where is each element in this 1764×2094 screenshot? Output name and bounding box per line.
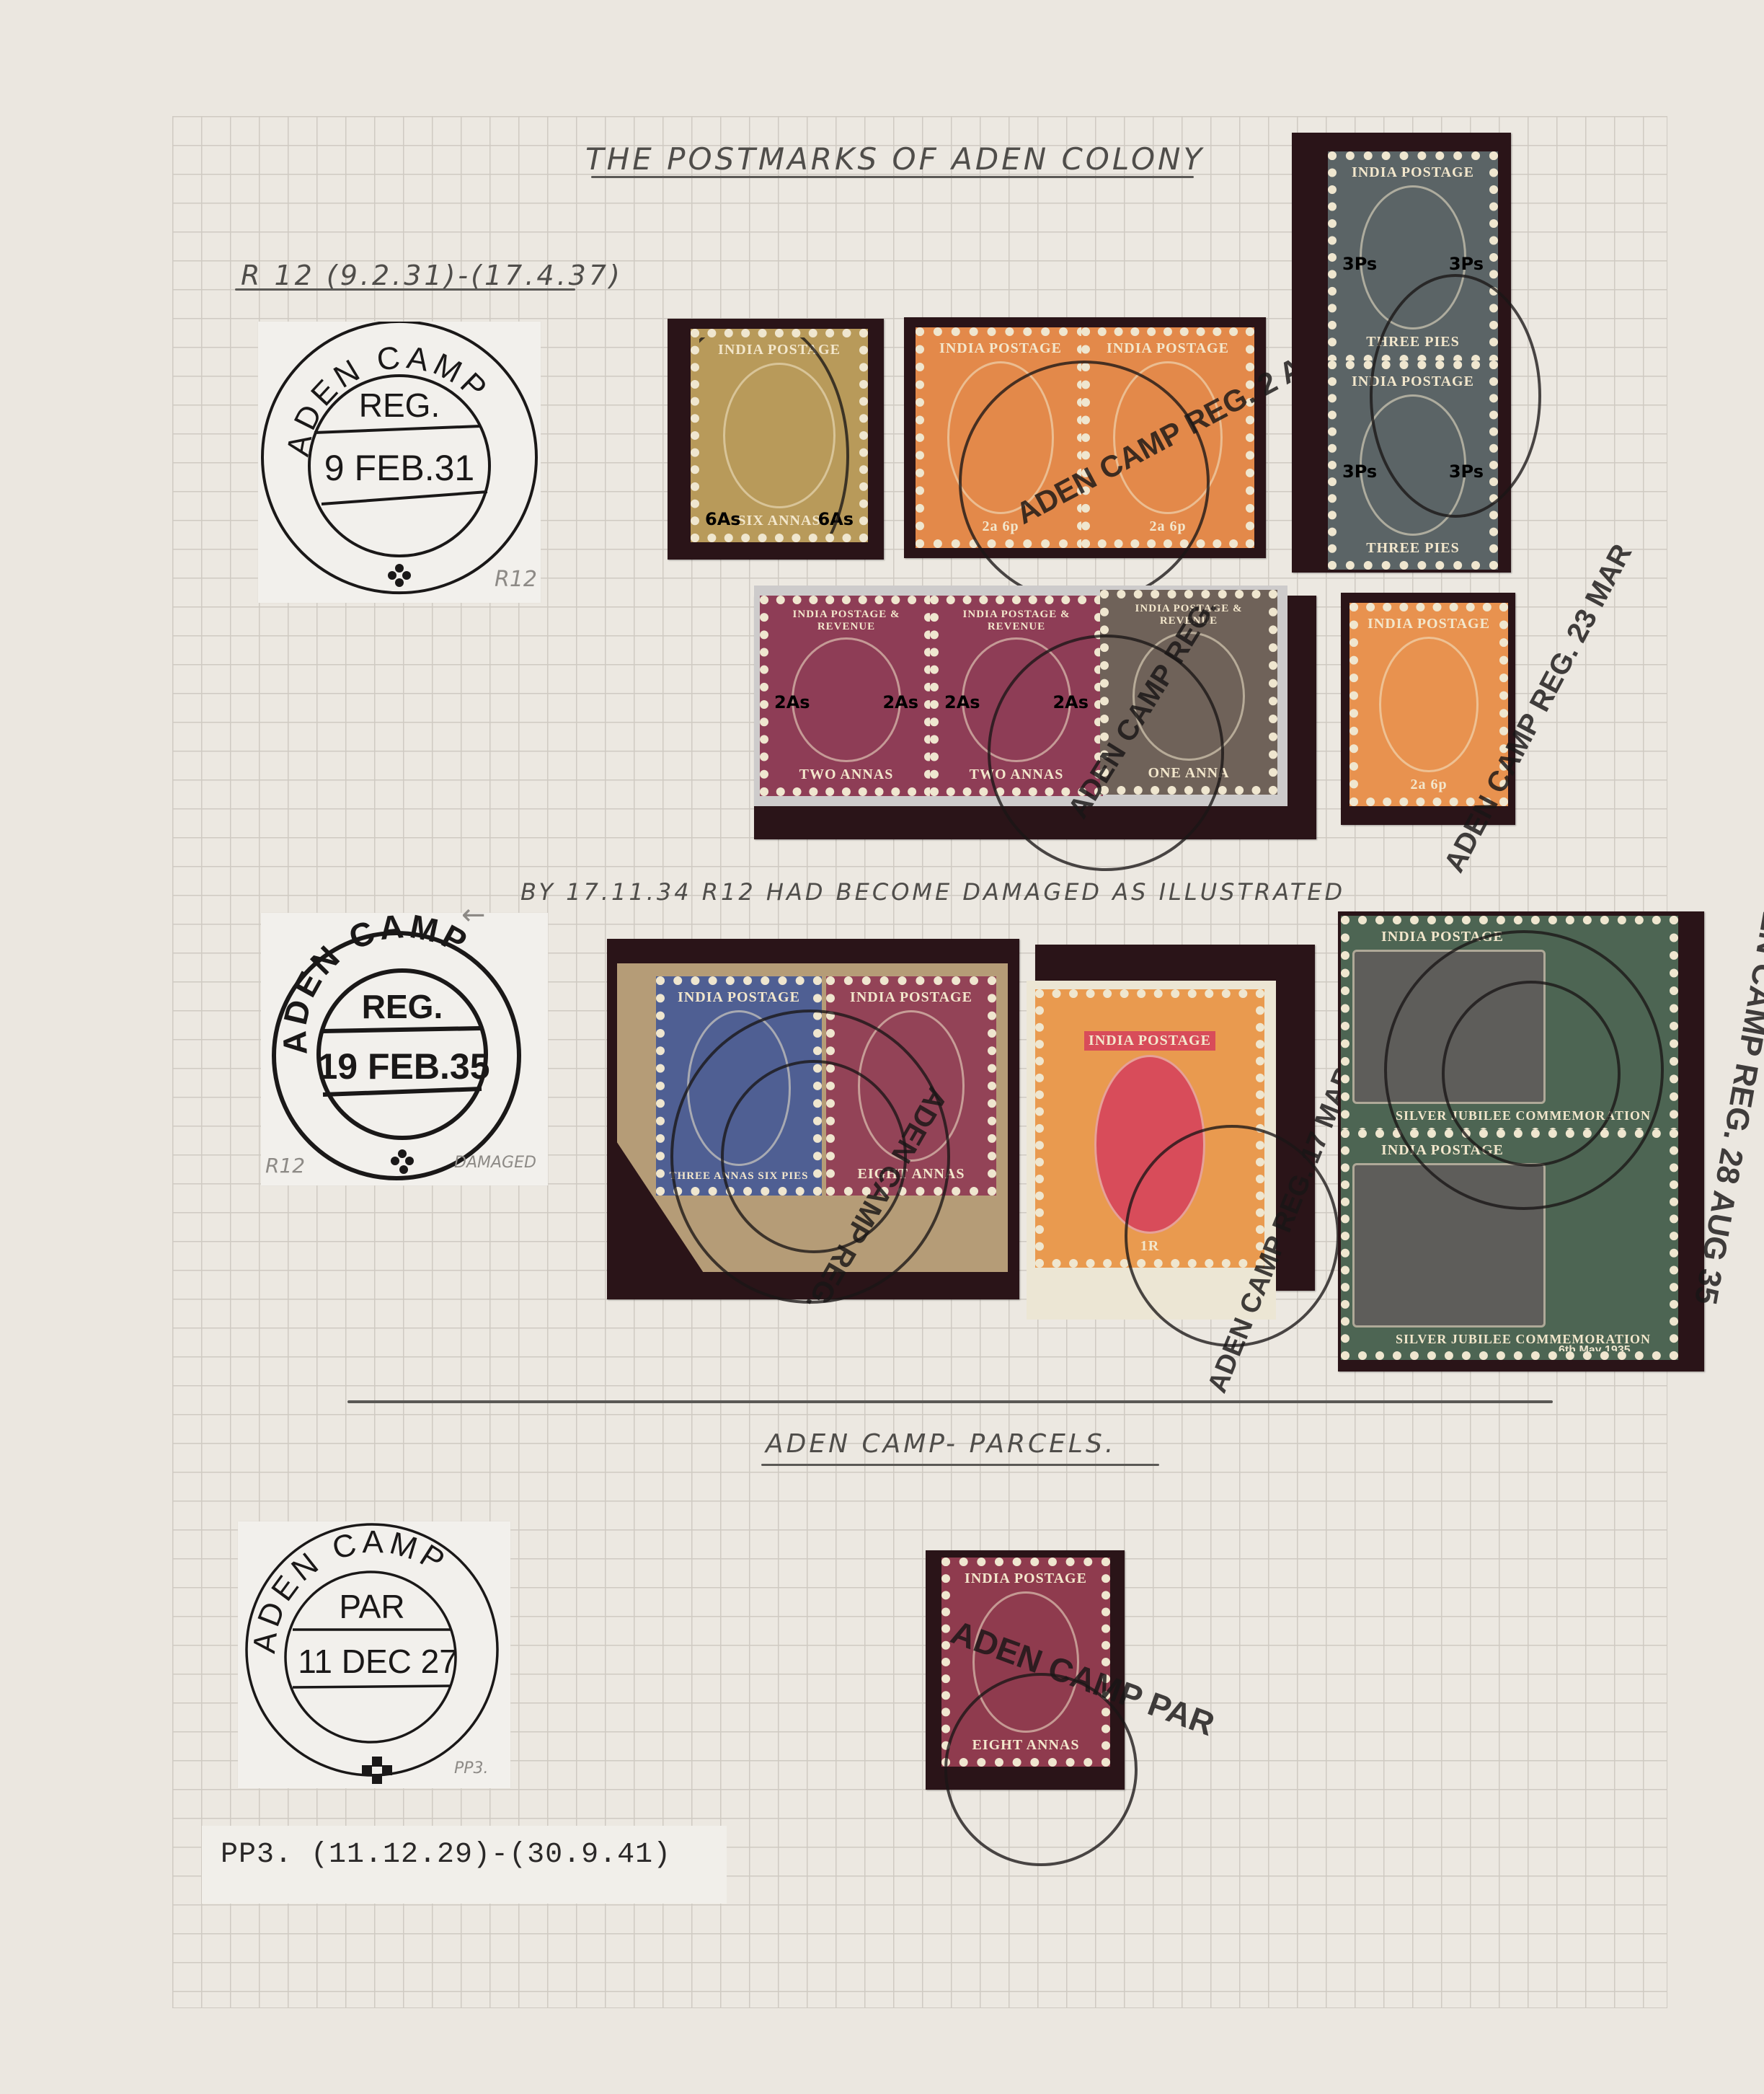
stamp-silver-jubilee-bottom: INDIA POSTAGESILVER JUBILEE COMMEMORATIO… xyxy=(1341,1129,1678,1360)
section-heading-underline xyxy=(235,288,575,291)
title-underline xyxy=(591,176,1194,178)
stamp-two-annas-1: INDIA POSTAGE & REVENUETWO ANNAS 2As2As xyxy=(760,596,933,796)
arrow-left-icon: ← xyxy=(461,898,486,932)
stamp-two-annas-2: INDIA POSTAGE & REVENUETWO ANNAS 2As2As xyxy=(930,596,1103,796)
stamp-eight-annas-parcel: INDIA POSTAGEEIGHT ANNAS xyxy=(941,1558,1110,1767)
stamp-two-annas-six-pies-right: INDIA POSTAGE2a 6p xyxy=(1081,327,1254,548)
stamp-three-annas-six-pies: INDIA POSTAGETHREE ANNAS SIX PIES xyxy=(656,976,822,1196)
clover-ornament-icon xyxy=(362,1757,392,1784)
postmark-illustration-r12: ADEN CAMP REG. 9 FEB.31 R12 xyxy=(258,322,541,603)
stamp-three-pies-bottom: INDIA POSTAGETHREE PIES 3Ps3Ps xyxy=(1328,361,1498,570)
postmark-date-line: 11 DEC 27 xyxy=(298,1643,458,1680)
page-title: THE POSTMARKS OF ADEN COLONY xyxy=(585,141,1205,177)
pencil-note-damaged: DAMAGED xyxy=(454,1154,536,1172)
typed-label: PP3. (11.12.29)-(30.9.41) xyxy=(221,1839,671,1871)
postmark-illustration-pp3: ADEN CAMP PAR 11 DEC 27 PP3. xyxy=(238,1521,510,1788)
section-heading-underline xyxy=(761,1464,1159,1466)
stamp-eight-annas: INDIA POSTAGEEIGHT ANNAS xyxy=(826,976,996,1196)
stamp-two-annas-six-pies-left: INDIA POSTAGE2a 6p xyxy=(916,327,1086,548)
section-divider xyxy=(347,1400,1553,1403)
postmark-type-line: REG. xyxy=(362,988,443,1025)
clover-ornament-icon xyxy=(391,1149,414,1174)
pencil-note: R12 xyxy=(265,1154,305,1178)
stamp-one-rupee: INDIA POSTAGE1R xyxy=(1035,989,1264,1268)
stamp-six-annas: INDIA POSTAGESIX ANNAS 6As6As xyxy=(691,329,868,542)
stamp-two-annas-six-pies-single: INDIA POSTAGE2a 6p xyxy=(1349,603,1508,806)
pencil-note: R12 xyxy=(495,567,537,592)
section-heading-damaged: BY 17.11.34 R12 HAD BECOME DAMAGED AS IL… xyxy=(520,878,1345,906)
clover-ornament-icon xyxy=(388,564,411,587)
postmark-date-line: 9 FEB.31 xyxy=(324,448,474,488)
postmark-type-line: REG. xyxy=(359,386,440,424)
typed-label-card: PP3. (11.12.29)-(30.9.41) xyxy=(202,1826,727,1904)
stamp-three-pies-top: INDIA POSTAGETHREE PIES 3Ps3Ps xyxy=(1328,151,1498,363)
postmark-illustration-r12-damaged: ADEN CAMP REG. 19 FEB.35 R12 DAMAGED xyxy=(261,913,548,1185)
postmark-type-line: PAR xyxy=(339,1588,404,1625)
stamp-silver-jubilee-top: INDIA POSTAGESILVER JUBILEE COMMEMORATIO… xyxy=(1341,916,1678,1136)
postmark-date-line: 19 FEB.35 xyxy=(317,1046,489,1087)
section-heading-parcels: ADEN CAMP- PARCELS. xyxy=(766,1429,1116,1459)
stamp-one-anna: INDIA POSTAGE & REVENUEONE ANNA xyxy=(1100,590,1277,795)
section-heading-r12: R 12 (9.2.31)-(17.4.37) xyxy=(241,260,623,291)
pencil-note: PP3. xyxy=(454,1759,489,1777)
